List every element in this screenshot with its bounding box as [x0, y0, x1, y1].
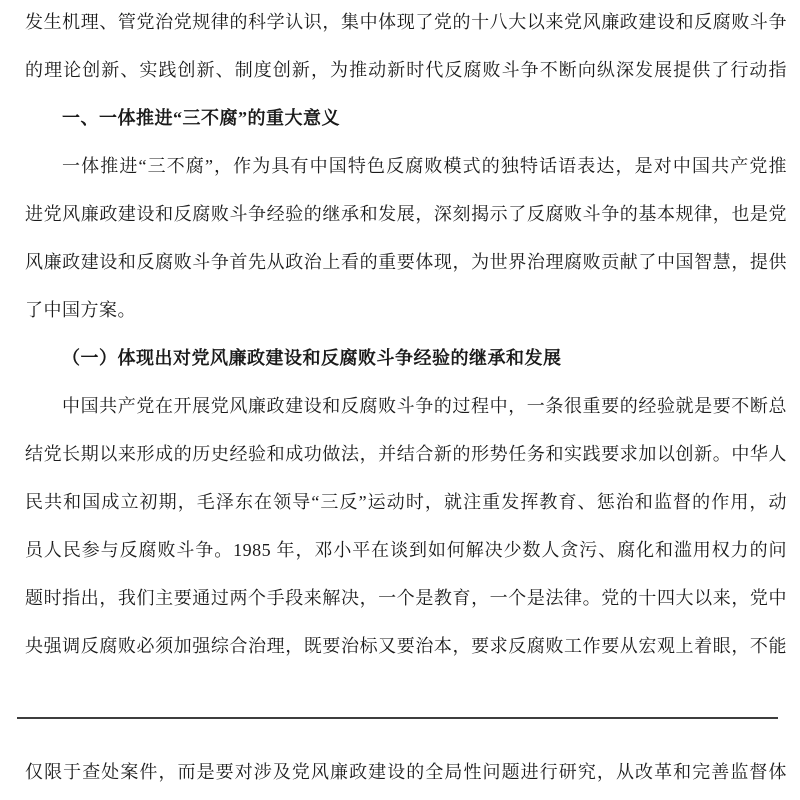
text-line: 的理论创新、实践创新、制度创新，为推动新时代反腐败斗争不断向纵深发展提供了行动指…	[25, 46, 787, 94]
text-line: 结党长期以来形成的历史经验和成功做法，并结合新的形势任务和实践要求加以创新。中华…	[25, 430, 787, 478]
text-line: 一体推进“三不腐”，作为具有中国特色反腐败模式的独特话语表达，是对中国共产党推	[25, 142, 787, 190]
text-line: 进党风廉政建设和反腐败斗争经验的继承和发展，深刻揭示了反腐败斗争的基本规律，也是…	[25, 190, 787, 238]
text-line: 仅限于查处案件，而是要对涉及党风廉政建设的全局性问题进行研究，从改革和完善监督体…	[25, 748, 787, 796]
text-line: 了中国方案。	[25, 286, 787, 334]
text-line: 中国共产党在开展党风廉政建设和反腐败斗争的过程中，一条很重要的经验就是要不断总	[25, 382, 787, 430]
section-heading: 一、一体推进“三不腐”的重大意义	[25, 94, 787, 142]
text-line: 央强调反腐败必须加强综合治理，既要治标又要治本，要求反腐败工作要从宏观上着眼，不…	[25, 622, 787, 670]
text-line: 题时指出，我们主要通过两个手段来解决，一个是教育，一个是法律。党的十四大以来，党…	[25, 574, 787, 622]
text-line: 民共和国成立初期，毛泽东在领导“三反”运动时，就注重发挥教育、惩治和监督的作用，…	[25, 478, 787, 526]
page-break-divider	[17, 717, 778, 719]
text-line: 风廉政建设和反腐败斗争首先从政治上看的重要体现，为世界治理腐败贡献了中国智慧，提…	[25, 238, 787, 286]
next-page-text-block: 仅限于查处案件，而是要对涉及党风廉政建设的全局性问题进行研究，从改革和完善监督体…	[25, 748, 787, 796]
body-text-block: 发生机理、管党治党规律的科学认识，集中体现了党的十八大以来党风廉政建设和反腐败斗…	[25, 0, 787, 670]
subsection-heading: （一）体现出对党风廉政建设和反腐败斗争经验的继承和发展	[25, 334, 787, 382]
document-page: 发生机理、管党治党规律的科学认识，集中体现了党的十八大以来党风廉政建设和反腐败斗…	[0, 0, 800, 800]
text-line: 员人民参与反腐败斗争。1985 年，邓小平在谈到如何解决少数人贪污、腐化和滥用权…	[25, 526, 787, 574]
text-line: 发生机理、管党治党规律的科学认识，集中体现了党的十八大以来党风廉政建设和反腐败斗…	[25, 0, 787, 46]
